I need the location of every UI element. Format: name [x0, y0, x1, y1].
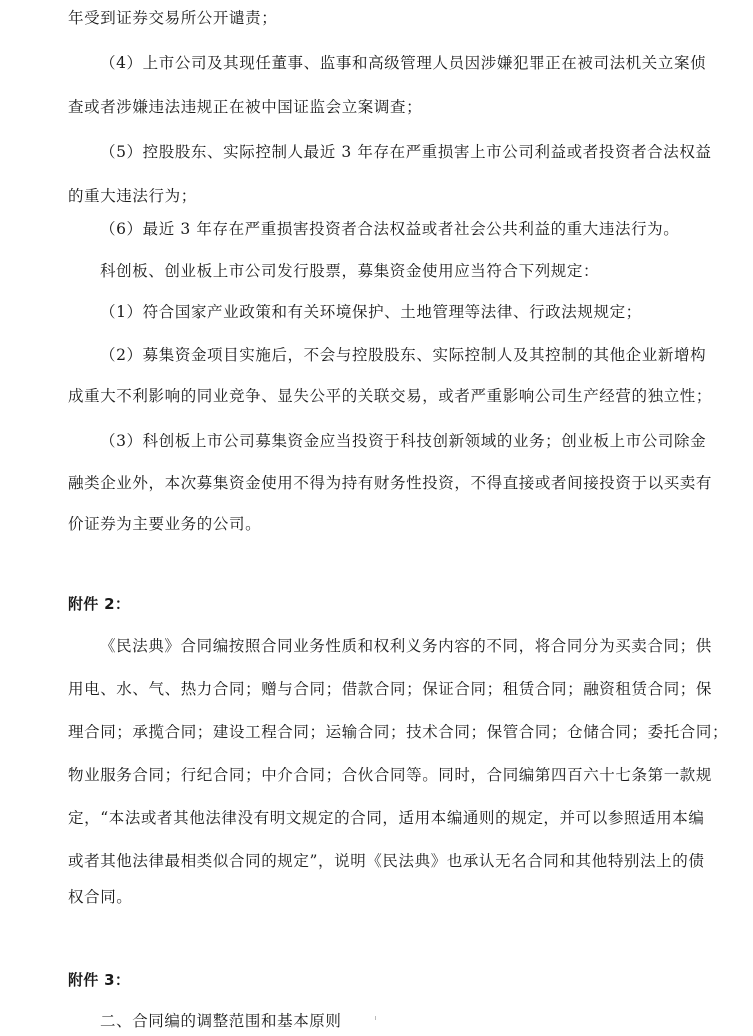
section-intro-kechuang: 科创板、创业板上市公司发行股票，募集资金使用应当符合下列规定：	[100, 261, 599, 281]
rule-item-2-line-2: 成重大不利影响的同业竞争、显失公平的关联交易，或者严重影响公司生产经营的独立性；	[68, 386, 686, 406]
stray-mark	[375, 1016, 376, 1020]
attachment-2-line: 《民法典》合同编按照合同业务性质和权利义务内容的不同，将合同分为买卖合同；供	[100, 636, 686, 656]
list-item-4-line-2: 查或者涉嫌违法违规正在被中国证监会立案调查；	[68, 97, 422, 117]
attachment-2-line: 定，“本法或者其他法律没有明文规定的合同，适用本编通则的规定，并可以参照适用本编	[68, 808, 686, 828]
list-item-5-line-2: 的重大违法行为；	[68, 186, 197, 206]
list-item-5-line-1: （5）控股股东、实际控制人最近 3 年存在严重损害上市公司利益或者投资者合法权益	[100, 142, 686, 162]
attachment-2-line: 用电、水、气、热力合同；赠与合同；借款合同；保证合同；租赁合同；融资租赁合同；保	[68, 679, 686, 699]
paragraph-line: 年受到证券交易所公开谴责；	[68, 8, 277, 28]
list-item-6: （6）最近 3 年存在严重损害投资者合法权益或者社会公共利益的重大违法行为。	[100, 219, 679, 239]
rule-item-3-line-3: 价证券为主要业务的公司。	[68, 514, 261, 534]
attachment-2-line: 权合同。	[68, 887, 132, 907]
list-item-4-line-1: （4）上市公司及其现任董事、监事和高级管理人员因涉嫌犯罪正在被司法机关立案侦	[100, 53, 686, 73]
rule-item-1: （1）符合国家产业政策和有关环境保护、土地管理等法律、行政法规规定；	[100, 302, 642, 322]
attachment-2-line: 物业服务合同；行纪合同；中介合同；合伙合同等。同时，合同编第四百六十七条第一款规	[68, 765, 686, 785]
rule-item-3-line-1: （3）科创板上市公司募集资金应当投资于科技创新领域的业务；创业板上市公司除金	[100, 431, 686, 451]
attachment-2-line: 理合同；承揽合同；建设工程合同；运输合同；技术合同；保管合同；仓储合同；委托合同…	[68, 722, 686, 742]
attachment-2-line: 或者其他法律最相类似合同的规定”，说明《民法典》也承认无名合同和其他特别法上的债	[68, 851, 686, 871]
rule-item-3-line-2: 融类企业外，本次募集资金使用不得为持有财务性投资，不得直接或者间接投资于以买卖有	[68, 473, 686, 493]
attachment-3-heading: 附件 3：	[68, 970, 130, 990]
attachment-3-subheading: 二、合同编的调整范围和基本原则	[100, 1011, 342, 1031]
attachment-2-heading: 附件 2：	[68, 594, 130, 614]
rule-item-2-line-1: （2）募集资金项目实施后，不会与控股股东、实际控制人及其控制的其他企业新增构	[100, 345, 686, 365]
